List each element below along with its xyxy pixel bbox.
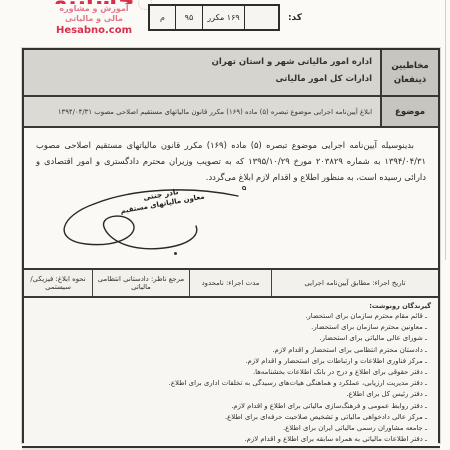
signature-block: نادر جنتی معاون مالیاتهای مستقیم xyxy=(42,184,242,266)
scan-mark xyxy=(242,186,246,190)
cc-item: دفتر روابط عمومی و فرهنگ‌سازی مالیاتی بر… xyxy=(31,401,431,412)
code-box: کد: ۱۶۹ مکرر ۹۵ م xyxy=(148,4,302,31)
cc-item: دفتر مدیریت ارزیابی، عملکرد و هماهنگی هی… xyxy=(31,378,431,389)
circular-document-table: مخاطبین ذینفعان اداره امور مالیاتی شهر و… xyxy=(22,48,440,443)
execution-date-cell: تاریخ اجراء: مطابق آیین‌نامه اجرایی xyxy=(271,270,438,296)
scanned-document-page: حسابنو آموزش و مشاوره مالی و مالیاتی Hes… xyxy=(0,0,450,450)
code-cell-empty xyxy=(244,6,278,29)
cc-item: دفتر اطلاعات مالیاتی به همراه سابقه برای… xyxy=(31,434,431,445)
next-section-cutoff xyxy=(22,446,440,450)
hesabno-logo: حسابنو آموزش و مشاوره مالی و مالیاتی Hes… xyxy=(45,0,143,36)
logo-site-url: Hesabno.com xyxy=(45,25,143,36)
code-cell-letter: م xyxy=(150,6,175,29)
recipients-label-line1: مخاطبین xyxy=(391,59,428,73)
copy-recipients-heading: گیرندگان رونوشت: xyxy=(31,301,431,311)
logo-tagline-1: آموزش و مشاوره xyxy=(45,4,143,14)
cc-item: معاونین محترم سازمان برای استحضار. xyxy=(31,322,431,333)
copy-recipients-row: گیرندگان رونوشت: قائم مقام محترم سازمان … xyxy=(24,298,438,445)
meta-row: تاریخ اجراء: مطابق آیین‌نامه اجرایی مدت … xyxy=(24,270,438,298)
cc-item: دفتر رئیس کل برای اطلاع. xyxy=(31,389,431,400)
subject-content-cell: ابلاغ آیین‌نامه اجرایی موضوع تبصره (۵) م… xyxy=(24,97,380,126)
recipients-line2: ادارات کل امور مالیاتی xyxy=(32,71,372,88)
logo-tagline-2: مالی و مالیاتی xyxy=(45,14,143,24)
duration-cell: مدت اجراء: نامحدود xyxy=(189,270,271,296)
copy-recipients-list: قائم مقام محترم سازمان برای استحضار. معا… xyxy=(31,311,431,445)
code-cell-year: ۹۵ xyxy=(175,6,202,29)
recipients-header-cell: مخاطبین ذینفعان xyxy=(380,50,438,95)
subject-text: ابلاغ آیین‌نامه اجرایی موضوع تبصره (۵) م… xyxy=(58,108,372,116)
cc-item: مرکز فناوری اطلاعات و ارتباطات برای استح… xyxy=(31,356,431,367)
scan-edge-artifact xyxy=(445,0,446,260)
recipients-label-line2: ذینفعان xyxy=(394,73,426,87)
cc-item: جامعه مشاوران رسمی مالیاتی ایران برای اط… xyxy=(31,423,431,434)
subject-row: موضوع ابلاغ آیین‌نامه اجرایی موضوع تبصره… xyxy=(24,97,438,128)
supervisor-cell: مرجع ناظر: دادستانی انتظامی مالیاتی xyxy=(92,270,189,296)
subject-header-cell: موضوع xyxy=(380,97,438,126)
body-row: بدینوسیله آیین‌نامه اجرایی موضوع تبصره (… xyxy=(24,128,438,270)
subject-label: موضوع xyxy=(395,105,425,119)
cc-item: قائم مقام محترم سازمان برای استحضار. xyxy=(31,311,431,322)
cc-item: دادستان محترم انتظامی برای استحضار و اقد… xyxy=(31,345,431,356)
body-paragraph: بدینوسیله آیین‌نامه اجرایی موضوع تبصره (… xyxy=(24,128,438,185)
recipients-line1: اداره امور مالیاتی شهر و استان تهران xyxy=(32,54,372,71)
scan-dot xyxy=(174,252,177,255)
cc-item: شورای عالی مالیاتی برای استحضار. xyxy=(31,333,431,344)
code-label: کد: xyxy=(288,13,302,23)
cc-item: مرکز عالی دادخواهی مالیاتی و تشخیص صلاحی… xyxy=(31,412,431,423)
cc-item: دفتر حقوقی برای اطلاع و درج در بانک اطلا… xyxy=(31,367,431,378)
notification-method-cell: نحوه ابلاغ: فیزیکی/سیستمی xyxy=(24,270,92,296)
code-cell-article: ۱۶۹ مکرر xyxy=(202,6,244,29)
recipients-content-cell: اداره امور مالیاتی شهر و استان تهران ادا… xyxy=(24,50,380,95)
code-table: ۱۶۹ مکرر ۹۵ م xyxy=(148,4,280,31)
recipients-row: مخاطبین ذینفعان اداره امور مالیاتی شهر و… xyxy=(24,50,438,97)
